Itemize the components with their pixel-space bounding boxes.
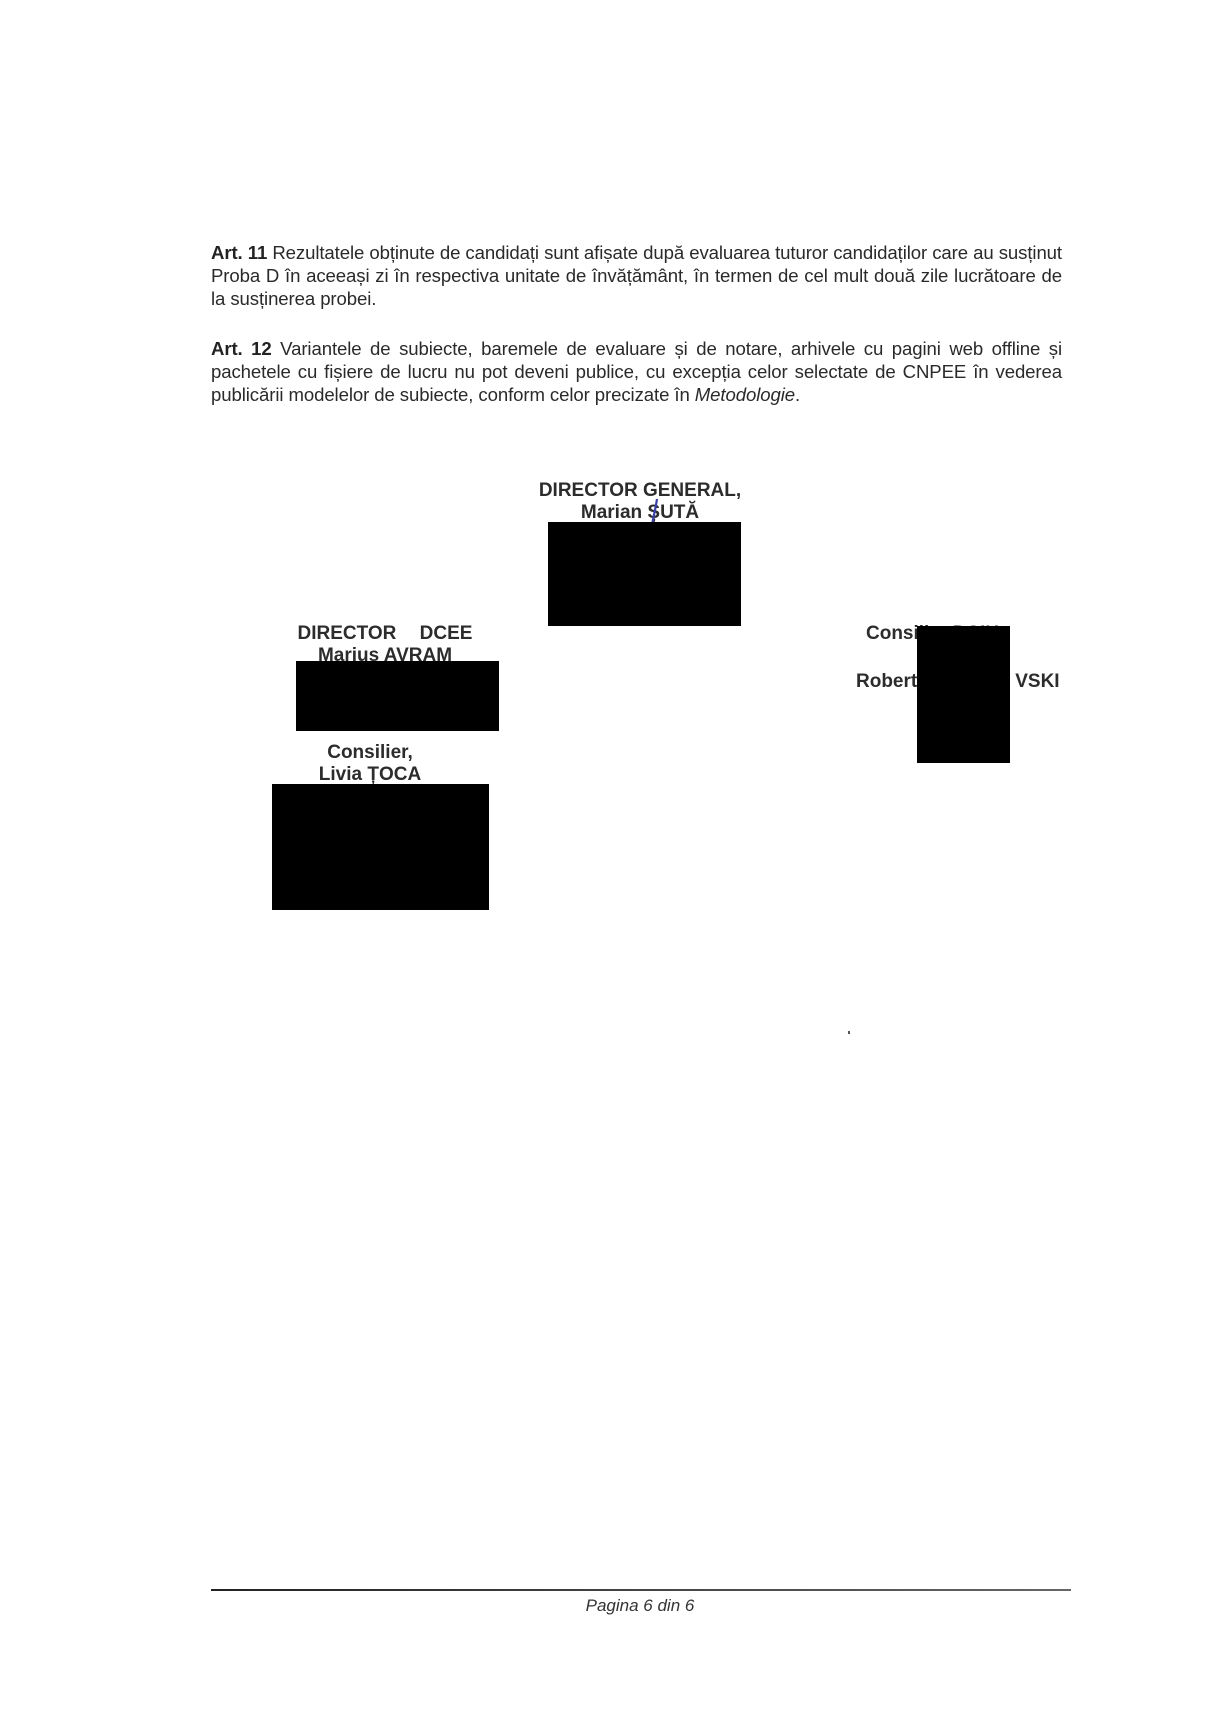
signature-block-consilier-toca: Consilier, Livia ȚOCA (260, 742, 480, 786)
redaction-box-director-dcee (296, 661, 499, 731)
signature-title: Consilier, (260, 742, 480, 764)
page-number: Pagina 6 din 6 (500, 1596, 780, 1616)
signature-title: DIRECTOR GENERAL, (500, 480, 780, 502)
scan-speck (848, 1031, 850, 1034)
signature-name-left: Robert (856, 671, 917, 692)
signature-title: DIRECTOR DCEE (260, 623, 510, 645)
signature-block-director-general: DIRECTOR GENERAL, Marian ȘUTĂ (500, 480, 780, 524)
article-11: Art. 11 Rezultatele obținute de candidaț… (211, 241, 1062, 310)
signature-name: Livia ȚOCA (260, 764, 480, 786)
signature-name: Marian ȘUTĂ (500, 502, 780, 524)
article-emphasis: Metodologie (695, 384, 795, 405)
article-text: Rezultatele obținute de candidați sunt a… (211, 242, 1062, 309)
redaction-box-consilier-right (917, 626, 1010, 763)
signature-name-right: VSKI (1015, 671, 1059, 692)
article-number: Art. 11 (211, 242, 267, 263)
redaction-box-consilier-toca (272, 784, 489, 910)
article-12: Art. 12 Variantele de subiecte, baremele… (211, 337, 1062, 406)
article-trailing: . (795, 384, 800, 405)
signature-title-visible: Cons (866, 623, 914, 644)
redaction-box-director-general (548, 522, 741, 626)
article-number: Art. 12 (211, 338, 272, 359)
article-text: Variantele de subiecte, baremele de eval… (211, 338, 1062, 405)
footer-divider (211, 1589, 1071, 1591)
